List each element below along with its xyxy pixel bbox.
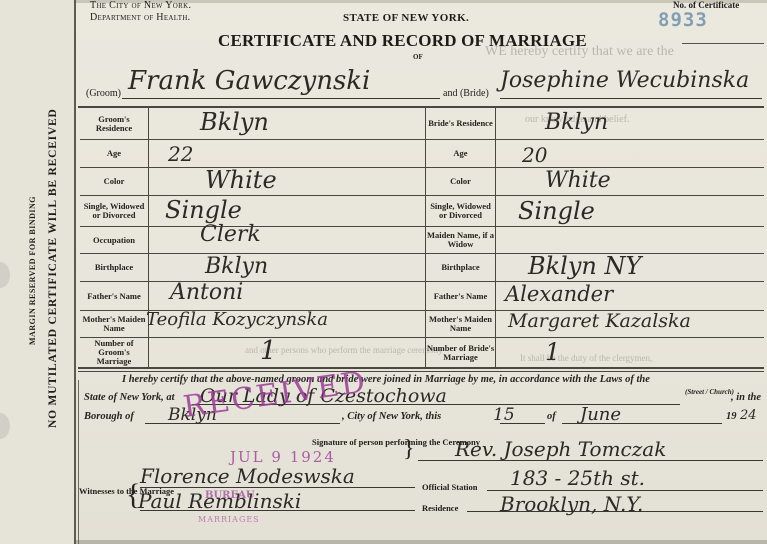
certificate-number-line [682, 43, 764, 44]
bride-father-name-value: Alexander [505, 282, 613, 306]
bleed-through-text: It shall be the duty of the clergymen, [520, 353, 652, 363]
bride-father-name-label: Father's Name [426, 282, 495, 310]
bride-age-label: Age [426, 140, 495, 167]
punch-hole [0, 413, 10, 439]
city-text: , City of New York, this [342, 411, 441, 422]
of-text: of [547, 411, 556, 422]
groom-name: Frank Gawczynski [128, 66, 370, 96]
bride-maiden-name-label: Maiden Name, if a Widow [426, 227, 495, 253]
groom-marital-status-value: Single [165, 196, 242, 224]
groom-birthplace-label: Birthplace [80, 254, 148, 281]
row-rule [80, 167, 764, 168]
bride-birthplace-label: Birthplace [426, 254, 495, 281]
row-rule [80, 139, 764, 140]
table-bottom-rule [78, 367, 764, 369]
groom-age-label: Age [80, 140, 148, 167]
bride-color-label: Color [426, 168, 495, 195]
groom-age-value: 22 [168, 142, 193, 166]
certification-line-1: I hereby certify that the above-named gr… [122, 374, 650, 385]
groom-father-name-label: Father's Name [80, 282, 148, 310]
punch-hole [0, 262, 10, 288]
marriage-certificate: MARGIN RESERVED FOR BINDING NO MUTILATED… [0, 0, 767, 544]
officiant-residence: Brooklyn, N.Y. [500, 492, 643, 516]
mutilation-warning: NO MUTILATED CERTIFICATE WILL BE RECEIVE… [47, 108, 59, 428]
groom-residence-label: Groom's Residence [80, 108, 148, 139]
groom-mother-maiden-name-label: Mother's Maiden Name [80, 311, 148, 337]
groom-father-name-value: Antoni [170, 280, 243, 305]
issuer-block: The City of New York. Department of Heal… [90, 0, 191, 24]
groom-marriage-number-label: Number of Groom's Marriage [80, 338, 148, 367]
city-name: The City of New York. [90, 0, 191, 12]
groom-color-value: White [205, 166, 277, 194]
groom-marriage-number-value: 1 [260, 336, 277, 366]
official-station-label: Official Station [422, 483, 477, 492]
officiant-signature: Rev. Joseph Tomczak [455, 437, 666, 461]
official-station-value: 183 - 25th st. [510, 466, 645, 490]
groom-occupation-label: Occupation [80, 227, 148, 253]
signature-label: Signature of person performing the Cerem… [312, 438, 402, 447]
signature-brace: } [403, 436, 415, 463]
table-bottom-rule-2 [78, 371, 764, 372]
bride-name-line [500, 98, 762, 99]
state-heading: STATE OF NEW YORK. [343, 12, 469, 24]
certification-line-2-prefix: State of New York, at [84, 392, 175, 403]
bride-residence-value: Bklyn [545, 110, 608, 135]
bride-birthplace-value: Bklyn NY [528, 252, 641, 280]
bride-marital-status-value: Single [518, 197, 595, 225]
bride-age-value: 20 [522, 143, 547, 167]
bride-mother-maiden-name-value: Margaret Kazalska [508, 310, 691, 332]
bureau-stamp: BUREAU [205, 490, 255, 501]
bride-marital-status-label: Single, Widowed or Divorced [426, 196, 495, 226]
row-rule [80, 253, 764, 254]
row-rule [80, 226, 764, 227]
margin-rule-inner [78, 380, 79, 544]
binding-note: MARGIN RESERVED FOR BINDING [28, 196, 37, 345]
groom-label: (Groom) [86, 88, 121, 99]
certificate-number: 8933 [658, 9, 708, 31]
groom-name-line [122, 98, 440, 99]
day-value: 15 [493, 405, 515, 425]
witnesses-label: Witnesses to the Marriage [79, 487, 129, 496]
bride-label-divider [495, 108, 496, 367]
groom-marital-status-label: Single, Widowed or Divorced [80, 196, 148, 226]
residence-label: Residence [422, 504, 458, 513]
bureau-sub-stamp: MARRIAGES [198, 515, 260, 524]
year-suffix: 24 [740, 408, 757, 423]
street-church-label: (Street / Church) [685, 388, 734, 396]
groom-birthplace-value: Bklyn [205, 254, 268, 279]
bleed-through-text: WE hereby certify that we are the [485, 44, 674, 60]
bride-marriage-number-label: Number of Bride's Marriage [426, 338, 495, 367]
groom-mother-maiden-name-value: Teofila Kozyczynska [146, 309, 328, 330]
scan-edge-bottom [0, 540, 767, 544]
borough-prefix: Borough of [84, 411, 134, 422]
bride-residence-label: Bride's Residence [426, 108, 495, 139]
month-value: June [580, 404, 621, 425]
row-rule [80, 337, 764, 338]
department-name: Department of Health. [90, 12, 191, 24]
year-prefix: 19 [726, 411, 737, 422]
groom-color-label: Color [80, 168, 148, 195]
bride-color-value: White [545, 168, 611, 193]
groom-residence-value: Bklyn [200, 108, 269, 136]
margin-rule [74, 0, 76, 544]
bride-marriage-number-value: 1 [545, 338, 560, 366]
table-top-rule [78, 106, 764, 108]
groom-occupation-value: Clerk [200, 222, 261, 247]
certification-line-2-suffix: , in the [731, 392, 761, 403]
bride-mother-maiden-name-label: Mother's Maiden Name [426, 311, 495, 337]
binding-margin: MARGIN RESERVED FOR BINDING NO MUTILATED… [0, 0, 76, 544]
witness-1-signature: Florence Modeswska [140, 464, 355, 488]
received-date-stamp: JUL 9 1924 [230, 448, 336, 466]
official-station-line [487, 490, 763, 491]
title-of: OF [413, 53, 423, 61]
bride-label: and (Bride) [443, 88, 489, 99]
bride-name: Josephine Wecubinska [500, 68, 749, 93]
